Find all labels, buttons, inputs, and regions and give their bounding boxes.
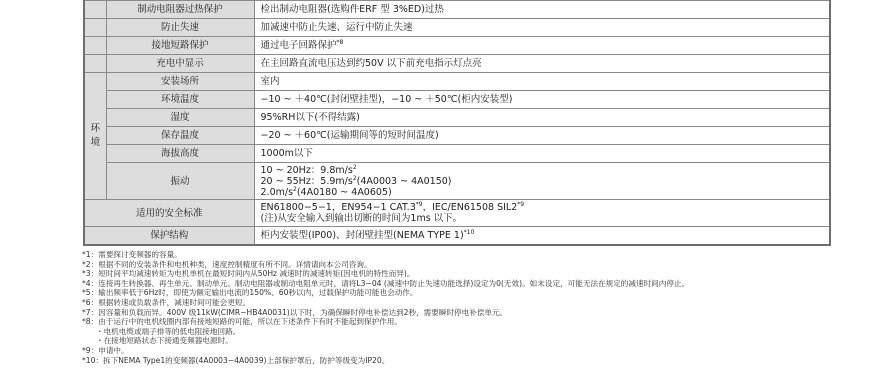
footnote: *3：短时间平均减速转矩为电机单机在最短时间内从50Hz 减速时的减速转矩(因电… bbox=[82, 269, 882, 279]
footnote-ref: *10 bbox=[464, 229, 475, 236]
table-row: 接地短路保护 通过电子回路保护*8 bbox=[84, 37, 830, 55]
row-value: 通过电子回路保护*8 bbox=[254, 37, 830, 55]
row-label: 安装场所 bbox=[106, 73, 254, 91]
row-label: 接地短路保护 bbox=[106, 37, 254, 55]
row-label: 保存温度 bbox=[106, 127, 254, 145]
vibration-text: (4A0003 ~ 4A0150) bbox=[357, 176, 452, 187]
group-cell-protection bbox=[84, 37, 106, 55]
vibration-line: 2.0m/s2(4A0180 ~ 4A0605) bbox=[261, 187, 824, 198]
row-label: 制动电阻器过热保护 bbox=[106, 1, 254, 19]
row-value-vibration: 10 ~ 20Hz：9.8m/s2 20 ~ 55Hz：5.9m/s2(4A00… bbox=[254, 163, 830, 200]
row-value: −20 ~ ＋60℃(运输期间等的短时间温度) bbox=[254, 127, 830, 145]
table-row: 保存温度 −20 ~ ＋60℃(运输期间等的短时间温度) bbox=[84, 127, 830, 145]
footnote: *6：根据转速或负载条件，减速时间可能会更短。 bbox=[82, 298, 882, 308]
table-row: 海拔高度 1000m以下 bbox=[84, 145, 830, 163]
row-value: −10 ~ ＋40℃(封闭壁挂型)，−10 ~ ＋50℃(柜内安装型) bbox=[254, 91, 830, 109]
value-text: 柜内安装型(IP00)、封闭壁挂型(NEMA TYPE 1) bbox=[261, 230, 464, 241]
superscript: 2 bbox=[353, 164, 357, 171]
group-cell-protection bbox=[84, 1, 106, 19]
vibration-text: 10 ~ 20Hz：9.8m/s bbox=[261, 165, 353, 176]
safety-line-2: (注)从安全输入到输出切断的时间为1ms 以下。 bbox=[261, 213, 824, 224]
footnote-ref: *8 bbox=[337, 39, 344, 46]
group-char: 境 bbox=[90, 137, 100, 148]
table-row: 充电中显示 在主回路直流电压达到约50V 以下前充电指示灯点亮 bbox=[84, 55, 830, 73]
row-label: 湿度 bbox=[106, 109, 254, 127]
row-value: 室内 bbox=[254, 73, 830, 91]
row-label: 适用的安全标准 bbox=[84, 200, 254, 227]
footnote: *7：因容量和负载而异。400V 级11kW(CIMR−HB4A0031)以下时… bbox=[82, 308, 882, 318]
safety-text: ，IEC/EN61508 SIL2 bbox=[423, 202, 518, 213]
row-label: 环境温度 bbox=[106, 91, 254, 109]
spec-table: 制动电阻器过热保护 检出制动电阻器(选购件ERF 型 3%ED)过热 防止失速 … bbox=[83, 0, 831, 246]
table-row: 适用的安全标准 EN61800−5−1，EN954−1 CAT.3*9，IEC/… bbox=[84, 200, 830, 227]
vibration-text: 20 ~ 55Hz：5.9m/s bbox=[261, 176, 353, 187]
table-row: 环境温度 −10 ~ ＋40℃(封闭壁挂型)，−10 ~ ＋50℃(柜内安装型) bbox=[84, 91, 830, 109]
table-row: 制动电阻器过热保护 检出制动电阻器(选购件ERF 型 3%ED)过热 bbox=[84, 1, 830, 19]
vibration-line: 20 ~ 55Hz：5.9m/s2(4A0003 ~ 4A0150) bbox=[261, 176, 824, 187]
footnote: *2：根据不同的安装条件和电机种类，速度控制精度有所不同。详情请向本公司咨询。 bbox=[82, 260, 882, 270]
row-value: 检出制动电阻器(选购件ERF 型 3%ED)过热 bbox=[254, 1, 830, 19]
row-value: 95%RH以下(不得结露) bbox=[254, 109, 830, 127]
row-label: 充电中显示 bbox=[106, 55, 254, 73]
footnote: *5：输出频率低于6Hz时，即使为额定输出电流的150%、60秒以内，过载保护功… bbox=[82, 288, 882, 298]
table-row: 湿度 95%RH以下(不得结露) bbox=[84, 109, 830, 127]
footnote: *9：申请中。 bbox=[82, 346, 882, 356]
footnote-ref: *9 bbox=[416, 201, 423, 208]
value-text: 通过电子回路保护 bbox=[261, 40, 337, 51]
footnote: *8：由于运行中的电机线圈内部有接地短路的可能，所以在下述条件下有时不能起到保护… bbox=[82, 317, 882, 327]
group-label-environment: 环 境 bbox=[84, 73, 106, 200]
row-value: 1000m以下 bbox=[254, 145, 830, 163]
row-value: 加减速中防止失速、运行中防止失速 bbox=[254, 19, 830, 37]
table-row: 振动 10 ~ 20Hz：9.8m/s2 20 ~ 55Hz：5.9m/s2(4… bbox=[84, 163, 830, 200]
footnotes: *1：需要探讨变频器的容量。 *2：根据不同的安装条件和电机种类，速度控制精度有… bbox=[82, 250, 882, 365]
table-row: 保护结构 柜内安装型(IP00)、封闭壁挂型(NEMA TYPE 1)*10 bbox=[84, 227, 830, 246]
footnote-ref: *9 bbox=[517, 201, 524, 208]
footnote-sub-item: ・在接地短路状态下接通变频器电源时。 bbox=[82, 336, 882, 346]
row-label: 海拔高度 bbox=[106, 145, 254, 163]
row-value: 柜内安装型(IP00)、封闭壁挂型(NEMA TYPE 1)*10 bbox=[254, 227, 830, 246]
row-label: 振动 bbox=[106, 163, 254, 200]
table-row: 环 境 安装场所 室内 bbox=[84, 73, 830, 91]
footnote-sub-item: ・电机电缆或端子排等的低电阻接地回路。 bbox=[82, 327, 882, 337]
vibration-line: 10 ~ 20Hz：9.8m/s2 bbox=[261, 165, 824, 176]
footnote: *1：需要探讨变频器的容量。 bbox=[82, 250, 882, 260]
group-char: 环 bbox=[90, 123, 100, 134]
row-label: 保护结构 bbox=[84, 227, 254, 246]
vibration-text: 2.0m/s bbox=[261, 187, 294, 198]
safety-line-1: EN61800−5−1，EN954−1 CAT.3*9，IEC/EN61508 … bbox=[261, 202, 824, 213]
safety-text: EN61800−5−1，EN954−1 CAT.3 bbox=[261, 202, 416, 213]
row-value-safety: EN61800−5−1，EN954−1 CAT.3*9，IEC/EN61508 … bbox=[254, 200, 830, 227]
row-label: 防止失速 bbox=[106, 19, 254, 37]
row-value: 在主回路直流电压达到约50V 以下前充电指示灯点亮 bbox=[254, 55, 830, 73]
vibration-text: (4A0180 ~ 4A0605) bbox=[297, 187, 392, 198]
footnote: *10：拆下NEMA Type1的变频器(4A0003−4A0039)上部保护罩… bbox=[82, 356, 882, 366]
group-cell-protection bbox=[84, 19, 106, 37]
group-cell-protection bbox=[84, 55, 106, 73]
footnote: *4：连接再生转换器、再生单元、制动单元、制动电阻器或制动电阻单元时，请将L3−… bbox=[82, 279, 882, 289]
table-row: 防止失速 加减速中防止失速、运行中防止失速 bbox=[84, 19, 830, 37]
